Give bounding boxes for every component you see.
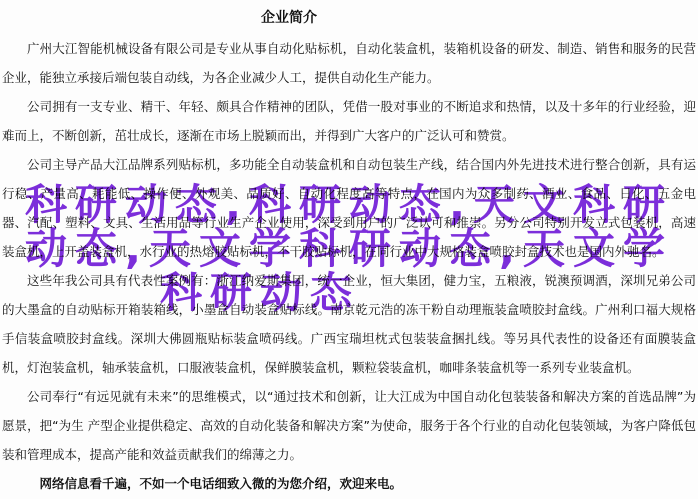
page-title: 企业简介 bbox=[2, 5, 576, 32]
paragraph-vision: 公司奉行“有远见就有未来”的思维模式，以“通过技术和创新，让大江成为中国自动化包… bbox=[2, 382, 696, 469]
paragraph-company-intro: 广州大江智能机械设备有限公司是专业从事自动化贴标机，自动化装盒机，装箱机设备的研… bbox=[2, 34, 696, 92]
paragraph-cases: 这些年我公司具有代表性案例有：浙江纳爱斯集团，统一企业，恒大集团，健力宝，五粮液… bbox=[2, 266, 696, 382]
paragraph-products: 公司主导产品大江品牌系列贴标机，多功能全自动装盒机和自动包装生产线，结合国内外先… bbox=[2, 150, 696, 266]
paragraph-team: 公司拥有一支专业、精干、年轻、颇具合作精神的团队，凭借一股对事业的不断追求和热情… bbox=[2, 92, 696, 150]
closing-line: 网络信息看千遍，不如一个电话细致入微的为您介绍，欢迎来电。 bbox=[2, 469, 696, 498]
company-profile-document: 企业简介 广州大江智能机械设备有限公司是专业从事自动化贴标机，自动化装盒机，装箱… bbox=[0, 0, 698, 498]
